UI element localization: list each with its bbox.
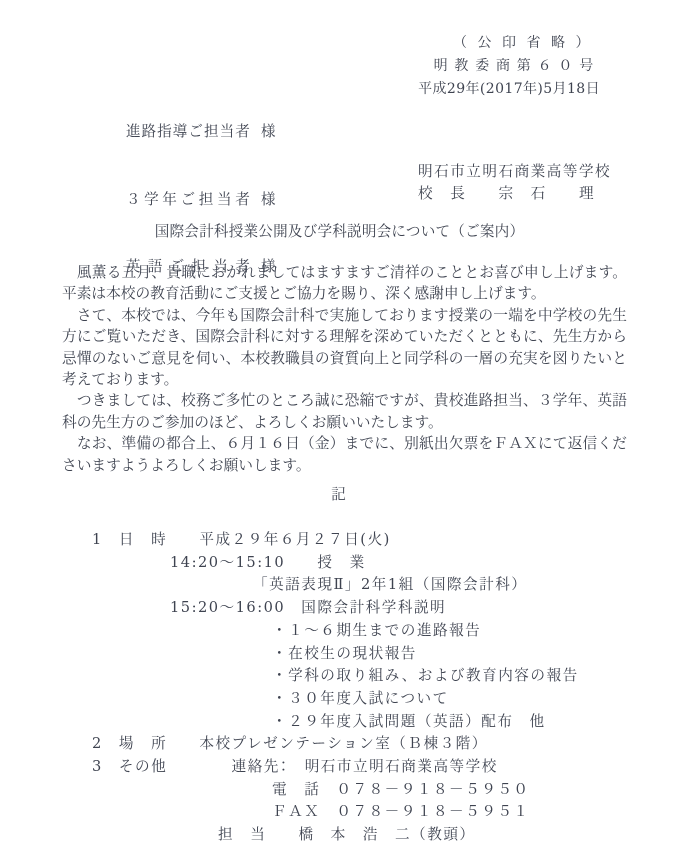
body-paragraph-request: つきましては、校務ご多忙のところ誠に恐縮ですが、貴校進路担当、３学年、英語科の先… — [62, 390, 627, 433]
record-bullet-careers: ・１～６期生までの進路報告 — [272, 620, 679, 643]
sender-school: 明石市立明石商業高等学校 — [418, 161, 611, 183]
record-line-lesson-time: 14:20～15:10 授 業 — [170, 552, 679, 575]
record-line-place: 2 場 所 本校プレゼンテーション室（Ｂ棟３階） — [92, 733, 679, 756]
record-line-fax: ＦＡＸ ０７８－９１８－５９５１ — [272, 801, 679, 824]
document-header: （公印省略） 明教委商第６０号 平成29年(2017年)5月18日 — [418, 32, 600, 101]
record-bullet-curriculum: ・学科の取り組み、および教育内容の報告 — [272, 665, 679, 688]
recipient-name: 進路指導ご担当者 — [126, 121, 250, 143]
document-number: 明教委商第６０号 — [418, 55, 600, 78]
issue-date: 平成29年(2017年)5月18日 — [418, 78, 600, 101]
sender-principal: 校 長 宗 石 理 — [418, 183, 611, 205]
body-paragraph-purpose: さて、本校では、今年も国際会計科で実施しております授業の一端を中学校の先生方にご… — [62, 305, 627, 391]
recipient-honorific: 様 — [261, 191, 276, 208]
record-line-other-contact: 3 その他 連絡先： 明石市立明石商業高等学校 — [92, 756, 679, 779]
sender-block: 明石市立明石商業高等学校 校 長 宗 石 理 — [418, 161, 611, 205]
seal-omitted-note: （公印省略） — [418, 32, 600, 55]
recipient-line: 進路指導ご担当者様 — [98, 99, 275, 166]
record-line-phone: 電 話 ０７８－９１８－５９５０ — [272, 779, 679, 802]
body-text: 風薫る五月、貴職におかれましてはますますご清祥のこととお喜び申し上げます。平素は… — [62, 262, 627, 476]
record-line-person-in-charge: 担 当 橋 本 浩 二（教頭） — [218, 824, 679, 847]
record-line-datetime: 1 日 時 平成２９年６月２７日(火) — [92, 529, 679, 552]
record-line-lesson-class: 「英語表現Ⅱ」2年1組（国際会計科） — [253, 574, 679, 597]
recipient-name: ３学年ご担当者 — [126, 189, 250, 211]
body-paragraph-reply-deadline: なお、準備の都合上、６月１６日（金）までに、別紙出欠票をＦＡＸにて返信くださいま… — [62, 433, 627, 476]
record-section: 1 日 時 平成２９年６月２７日(火) 14:20～15:10 授 業 「英語表… — [0, 529, 679, 847]
document-page: （公印省略） 明教委商第６０号 平成29年(2017年)5月18日 進路指導ご担… — [0, 0, 679, 861]
record-marker: 記 — [0, 483, 679, 504]
document-title: 国際会計科授業公開及び学科説明会について（ご案内） — [0, 222, 679, 242]
body-paragraph-greeting: 風薫る五月、貴職におかれましてはますますご清祥のこととお喜び申し上げます。平素は… — [62, 262, 627, 305]
record-line-session-time: 15:20～16:00 国際会計科学科説明 — [170, 597, 679, 620]
recipient-honorific: 様 — [261, 123, 276, 140]
record-bullet-exam-h30: ・３０年度入試について — [272, 688, 679, 711]
record-bullet-students: ・在校生の現状報告 — [272, 643, 679, 666]
record-bullet-exam-h29: ・２９年度入試問題（英語）配布 他 — [272, 711, 679, 734]
